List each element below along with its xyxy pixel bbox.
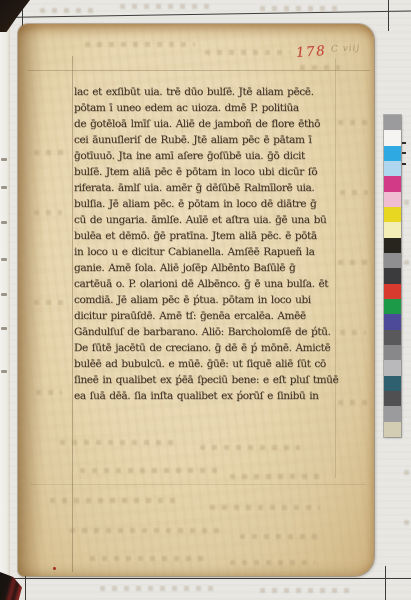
manuscript-text-line: ea ſuā dēā. ſia inſta qualibet ex ṕorūſ … xyxy=(74,388,342,404)
manuscript-text-line: Gāndulſuſ de barbarano. Aliō: Barcholomſ… xyxy=(74,324,342,340)
show-through-smudge xyxy=(260,588,350,593)
manuscript-text-line: riferata. āmlſ uia. amēr ḡ dēſūbē Ralmīl… xyxy=(74,180,342,196)
registration-line-top xyxy=(0,11,411,18)
registration-tick-top-right xyxy=(388,0,389,31)
show-through-smudge xyxy=(100,586,220,591)
calibration-tick xyxy=(402,163,406,165)
sewing-mark xyxy=(1,293,7,296)
color-patch xyxy=(384,130,401,145)
binding-strap-bottom-left xyxy=(0,572,22,600)
folio-number: 178 xyxy=(295,43,326,61)
color-patch xyxy=(384,284,401,299)
manuscript-text-line: bulēē ad bubulcū. e mūē. ḡūē: ut ſiquē a… xyxy=(74,356,342,372)
red-ink-dot xyxy=(53,567,56,570)
manuscript-text-line: comdiā. Jē aliam pēc ē ṕtua. pōtam in lo… xyxy=(74,292,342,308)
registration-line-bottom xyxy=(0,578,411,579)
sewing-mark xyxy=(1,370,7,373)
manuscript-text-line: de ḡotēloā lmīſ uia. Aliē de jamboñ de f… xyxy=(74,116,342,132)
color-patch xyxy=(384,176,401,191)
color-patch xyxy=(384,268,401,283)
show-through-smudge xyxy=(404,520,410,525)
manuscript-text-line: bulſia. Jē aliam pēc. ē pōtam in loco dē… xyxy=(74,196,342,212)
manuscript-text-line: ganie. Amē ſola. Aliē joſēp Albēnto Baſū… xyxy=(74,260,342,276)
color-patch xyxy=(384,222,401,237)
manuscript-text-line: dicitur piraūſdē. Amē tſ: ḡenēa ercalēa.… xyxy=(74,308,342,324)
color-patch xyxy=(384,238,401,253)
facing-page-edge xyxy=(0,0,10,600)
color-patch xyxy=(384,345,401,360)
sewing-mark xyxy=(1,186,7,189)
show-through-smudge xyxy=(404,260,410,265)
sewing-mark xyxy=(1,327,7,330)
color-patch xyxy=(384,391,401,406)
color-patch xyxy=(384,115,401,130)
registration-tick-bottom-right xyxy=(385,566,386,600)
color-patch xyxy=(384,422,401,437)
show-through-smudge xyxy=(120,4,210,9)
color-patch xyxy=(384,376,401,391)
color-calibration-bar xyxy=(384,115,401,437)
manuscript-text-line: cartēuā o. P. olarioni dē Albēnco. ḡ ē u… xyxy=(74,276,342,292)
manuscript-text-line: in loco u e dicitur Cabianella. Amſēē Ra… xyxy=(74,244,342,260)
manuscript-text-line: cū de ungaria. āmlſe. Auīē et aſtra uia.… xyxy=(74,212,342,228)
show-through-smudge xyxy=(404,470,410,475)
calibration-tick xyxy=(402,142,406,144)
color-patch xyxy=(384,314,401,329)
manuscript-text-line: ḡotīuuō. Jta ine amī aſere ḡoſūbē uia. ḡ… xyxy=(74,148,342,164)
color-patch xyxy=(384,161,401,176)
show-through-smudge xyxy=(260,6,340,11)
color-patch xyxy=(384,253,401,268)
manuscript-text-line: bulēa et dēmō. ḡē pratīna. Jtem aliā pēc… xyxy=(74,228,342,244)
show-through-smudge xyxy=(404,200,410,205)
sewing-mark xyxy=(1,258,7,261)
quire-signature: C viij xyxy=(331,43,361,55)
manuscript-text-line: ſineē in qualibet ex ṕēā ſpeciū bene: e … xyxy=(74,372,342,388)
color-patch xyxy=(384,207,401,222)
sewing-mark xyxy=(1,158,7,161)
sewing-mark xyxy=(1,221,7,224)
color-patch xyxy=(384,330,401,345)
manuscript-text-line: lac et exſibūt uia. trē dūo bulſē. Jtē a… xyxy=(74,84,342,100)
manuscript-text-line: pōtam ī uneo edem ac uioza. dmē P. polit… xyxy=(74,100,342,116)
color-patch xyxy=(384,146,401,161)
calibration-tick xyxy=(402,152,406,154)
manuscript-text-block: lac et exſibūt uia. trē dūo bulſē. Jtē a… xyxy=(74,84,342,404)
color-patch xyxy=(384,299,401,314)
manuscript-photograph: 178 C viij lac et exſibūt uia. trē dūo b… xyxy=(0,0,411,600)
color-patch xyxy=(384,192,401,207)
manuscript-text-line: bulſē. Jtem aliā pēc ē pōtam in loco ubi… xyxy=(74,164,342,180)
show-through-smudge xyxy=(40,8,95,13)
color-patch xyxy=(384,360,401,375)
manuscript-text-line: De ſūtē jacētū de creciano. ḡ dē ē ṕ mōn… xyxy=(74,340,342,356)
manuscript-text-line: cei āunuſleriſ de Rubē. Jtē aliam pēc ē … xyxy=(74,132,342,148)
color-patch xyxy=(384,406,401,421)
